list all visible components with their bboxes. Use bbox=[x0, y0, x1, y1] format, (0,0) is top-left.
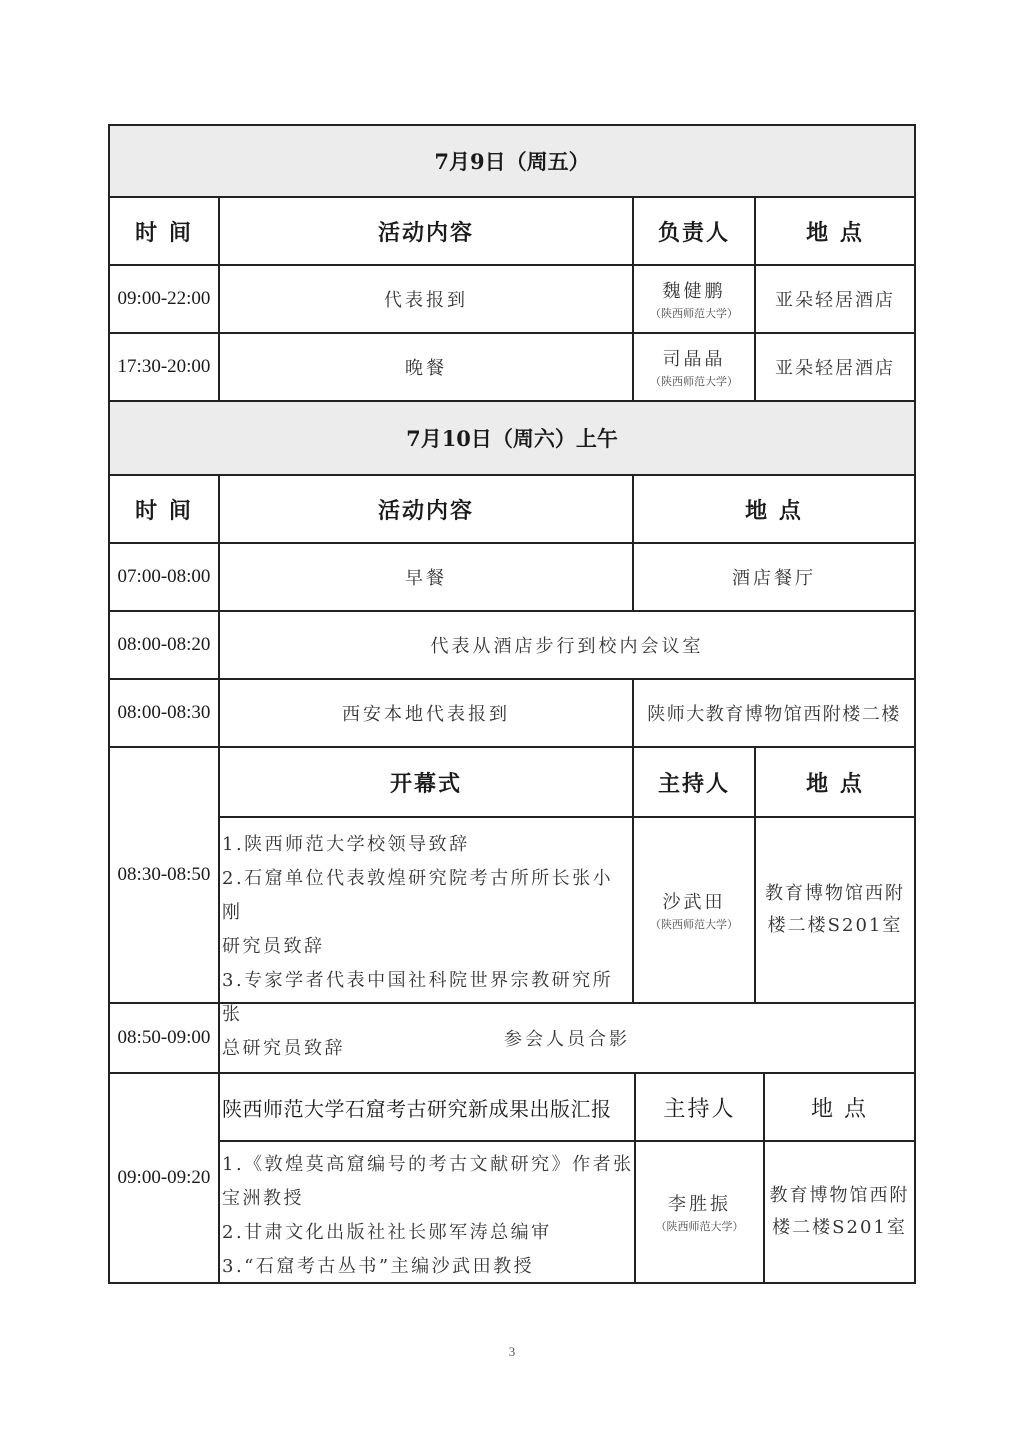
host-name: 沙武田 bbox=[663, 888, 726, 914]
opening-items: 1.陕西师范大学校领导致辞 2.石窟单位代表敦煌研究院考古所所长张小刚 研究员致… bbox=[220, 818, 632, 1002]
list-item: 宝洲教授 bbox=[222, 1182, 304, 1216]
activity-value: 晚餐 bbox=[405, 354, 447, 380]
header-label: 负责人 bbox=[658, 216, 730, 247]
location-value: 陕师大教育博物馆西附楼二楼 bbox=[647, 700, 901, 726]
activity-value: 早餐 bbox=[405, 564, 447, 590]
opening-host-header: 主持人 bbox=[634, 748, 754, 816]
table-row-activity: 早餐 bbox=[220, 544, 632, 610]
activity-value: 代表从酒店步行到校内会议室 bbox=[431, 632, 704, 658]
row-divider bbox=[108, 1002, 916, 1004]
header-label: 地 点 bbox=[745, 494, 803, 525]
table-row-activity: 代表从酒店步行到校内会议室 bbox=[220, 612, 914, 678]
header-label: 主持人 bbox=[663, 1092, 735, 1123]
row-divider bbox=[108, 610, 916, 612]
host-name: 李胜振 bbox=[668, 1190, 731, 1216]
row-divider bbox=[218, 816, 916, 818]
row-divider bbox=[108, 196, 916, 198]
header-label: 时 间 bbox=[135, 494, 193, 525]
header-label: 活动内容 bbox=[378, 216, 474, 247]
time-value: 08:50-09:00 bbox=[118, 1027, 211, 1049]
day2-header-location: 地 点 bbox=[634, 476, 914, 542]
time-value: 08:00-08:30 bbox=[118, 702, 211, 724]
header-label: 主持人 bbox=[658, 767, 730, 798]
header-label: 地 点 bbox=[811, 1092, 868, 1123]
page-number: 3 bbox=[0, 1344, 1024, 1360]
col-divider bbox=[763, 1072, 765, 1284]
header-label: 地 点 bbox=[806, 216, 864, 247]
table-row-activity: 西安本地代表报到 bbox=[220, 680, 632, 746]
table-row-owner: 魏健鹏 （陕西师范大学） bbox=[634, 266, 754, 332]
opening-host: 沙武田 （陕西师范大学） bbox=[634, 818, 754, 1002]
row-divider bbox=[108, 1072, 916, 1074]
col-divider bbox=[634, 1072, 636, 1284]
publication-location-header: 地 点 bbox=[765, 1074, 914, 1140]
row-divider bbox=[108, 474, 916, 476]
table-row-location: 亚朵轻居酒店 bbox=[756, 334, 914, 400]
activity-value: 参会人员合影 bbox=[504, 1025, 630, 1051]
table-row-time: 07:00-08:00 bbox=[110, 544, 218, 610]
location-value: 酒店餐厅 bbox=[732, 564, 816, 590]
location-value: 亚朵轻居酒店 bbox=[775, 354, 895, 380]
publication-time: 09:00-09:20 bbox=[110, 1074, 218, 1282]
table-row-location: 陕师大教育博物馆西附楼二楼 bbox=[634, 680, 914, 746]
table-border bbox=[108, 124, 916, 126]
col-divider bbox=[218, 196, 220, 402]
location-line: 楼二楼S201室 bbox=[768, 910, 903, 942]
table-border bbox=[108, 124, 110, 1284]
location-line: 教育博物馆西附 bbox=[765, 878, 905, 910]
table-border bbox=[108, 1282, 916, 1284]
row-divider bbox=[108, 400, 916, 402]
col-divider bbox=[754, 746, 756, 1004]
owner-name: 司晶晶 bbox=[663, 345, 726, 371]
opening-time: 08:30-08:50 bbox=[110, 748, 218, 1002]
opening-location: 教育博物馆西附 楼二楼S201室 bbox=[756, 818, 914, 1002]
header-label: 地 点 bbox=[806, 767, 864, 798]
list-item: 2.石窟单位代表敦煌研究院考古所所长张小刚 bbox=[222, 862, 632, 930]
day1-header-owner: 负责人 bbox=[634, 198, 754, 264]
header-label: 活动内容 bbox=[378, 494, 474, 525]
day2-header-time: 时 间 bbox=[110, 476, 218, 542]
owner-name: 魏健鹏 bbox=[663, 277, 726, 303]
publication-title: 陕西师范大学石窟考古研究新成果出版汇报 bbox=[220, 1074, 634, 1140]
day1-header-location: 地 点 bbox=[756, 198, 914, 264]
activity-value: 代表报到 bbox=[384, 286, 468, 312]
host-org: （陕西师范大学） bbox=[656, 1218, 744, 1234]
publication-host-header: 主持人 bbox=[636, 1074, 763, 1140]
row-divider bbox=[108, 264, 916, 266]
day2-title: 7月10日（周六）上午 bbox=[406, 423, 618, 453]
owner-org: （陕西师范大学） bbox=[650, 305, 738, 321]
location-value: 亚朵轻居酒店 bbox=[775, 286, 895, 312]
day1-header-time: 时 间 bbox=[110, 198, 218, 264]
row-divider bbox=[108, 746, 916, 748]
time-value: 09:00-09:20 bbox=[118, 1167, 211, 1189]
col-divider bbox=[632, 474, 634, 612]
table-row-time: 08:00-08:20 bbox=[110, 612, 218, 678]
time-value: 17:30-20:00 bbox=[118, 356, 211, 378]
opening-location-header: 地 点 bbox=[756, 748, 914, 816]
activity-value: 西安本地代表报到 bbox=[342, 700, 510, 726]
table-row-owner: 司晶晶 （陕西师范大学） bbox=[634, 334, 754, 400]
list-item: 2.甘肃文化出版社社长郧军涛总编审 bbox=[222, 1216, 552, 1250]
row-divider bbox=[108, 678, 916, 680]
col-divider bbox=[632, 678, 634, 1004]
table-row-time: 08:00-08:30 bbox=[110, 680, 218, 746]
publication-items: 1.《敦煌莫高窟编号的考古文献研究》作者张 宝洲教授 2.甘肃文化出版社社长郧军… bbox=[220, 1142, 634, 1282]
location-line: 楼二楼S201室 bbox=[772, 1212, 907, 1244]
host-org: （陕西师范大学） bbox=[650, 916, 738, 932]
row-divider bbox=[218, 1140, 916, 1142]
day2-header-activity: 活动内容 bbox=[220, 476, 632, 542]
table-border bbox=[914, 124, 916, 1284]
table-row-activity: 代表报到 bbox=[220, 266, 632, 332]
time-value: 09:00-22:00 bbox=[118, 288, 211, 310]
list-item: 3.“石窟考古丛书”主编沙武田教授 bbox=[222, 1250, 534, 1284]
row-divider bbox=[108, 542, 916, 544]
time-value: 08:00-08:20 bbox=[118, 634, 211, 656]
section-title: 陕西师范大学石窟考古研究新成果出版汇报 bbox=[222, 1093, 612, 1122]
table-row-activity: 参会人员合影 bbox=[220, 1004, 914, 1072]
table-row-time: 09:00-22:00 bbox=[110, 266, 218, 332]
publication-location: 教育博物馆西附 楼二楼S201室 bbox=[765, 1142, 914, 1282]
owner-org: （陕西师范大学） bbox=[650, 373, 738, 389]
col-divider bbox=[754, 196, 756, 402]
list-item: 研究员致辞 bbox=[222, 930, 325, 964]
list-item: 1.《敦煌莫高窟编号的考古文献研究》作者张 bbox=[222, 1148, 634, 1182]
row-divider bbox=[108, 332, 916, 334]
header-label: 时 间 bbox=[135, 216, 193, 247]
day2-title-band: 7月10日（周六）上午 bbox=[110, 402, 914, 474]
opening-title: 开幕式 bbox=[220, 748, 632, 816]
col-divider bbox=[632, 196, 634, 402]
day1-title: 7月9日（周五） bbox=[434, 146, 589, 176]
table-row-location: 亚朵轻居酒店 bbox=[756, 266, 914, 332]
day1-header-activity: 活动内容 bbox=[220, 198, 632, 264]
table-row-time: 17:30-20:00 bbox=[110, 334, 218, 400]
table-row-location: 酒店餐厅 bbox=[634, 544, 914, 610]
time-value: 08:30-08:50 bbox=[118, 864, 211, 886]
day1-title-band: 7月9日（周五） bbox=[110, 126, 914, 196]
table-row-activity: 晚餐 bbox=[220, 334, 632, 400]
time-value: 07:00-08:00 bbox=[118, 566, 211, 588]
table-row-time: 08:50-09:00 bbox=[110, 1004, 218, 1072]
col-divider bbox=[218, 474, 220, 1284]
list-item: 1.陕西师范大学校领导致辞 bbox=[222, 828, 470, 862]
location-line: 教育博物馆西附 bbox=[770, 1180, 910, 1212]
section-title: 开幕式 bbox=[390, 767, 462, 798]
publication-host: 李胜振 （陕西师范大学） bbox=[636, 1142, 763, 1282]
